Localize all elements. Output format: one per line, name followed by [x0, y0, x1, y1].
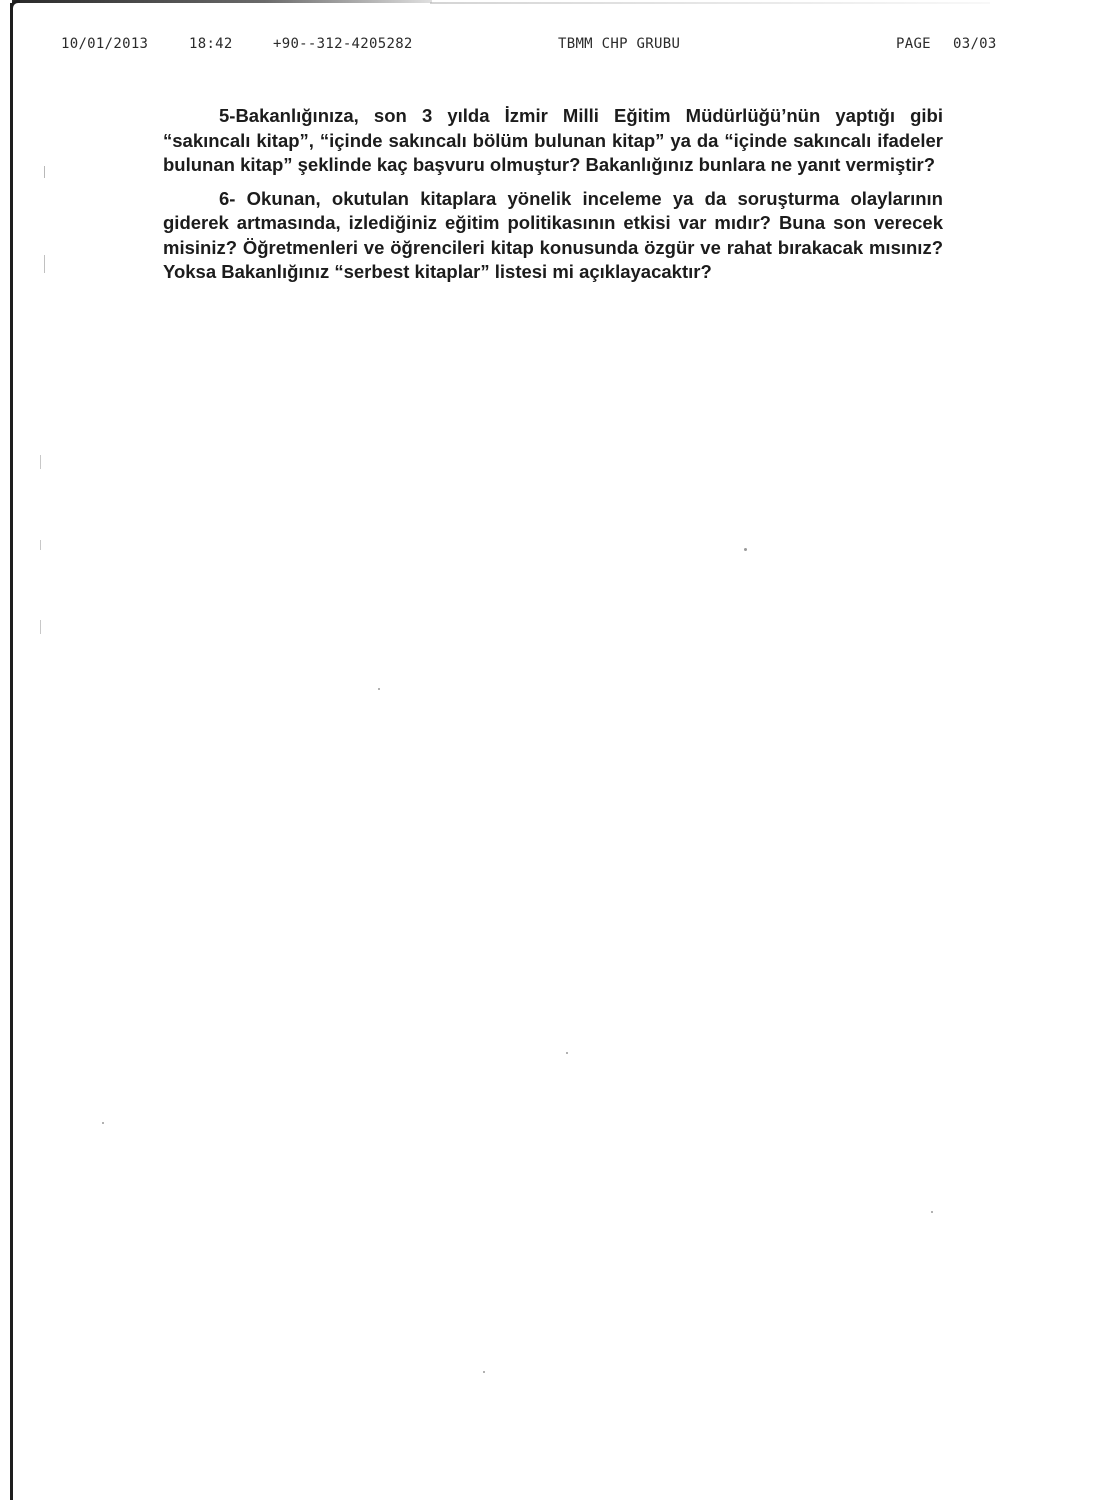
- fax-header: 10/01/2013 18:42 +90--312-4205282 TBMM C…: [0, 36, 1097, 56]
- fax-date: 10/01/2013: [61, 36, 148, 52]
- fax-phone-number: +90--312-4205282: [273, 36, 413, 52]
- scan-speck: [40, 540, 41, 550]
- question-6-paragraph: 6- Okunan, okutulan kitaplara yönelik in…: [163, 187, 943, 285]
- document-body: 5-Bakanlığınıza, son 3 yılda İzmir Milli…: [163, 104, 943, 294]
- scan-top-edge: [12, 0, 432, 3]
- scanned-fax-page: 10/01/2013 18:42 +90--312-4205282 TBMM C…: [0, 0, 1097, 1500]
- scan-left-edge: [10, 3, 13, 1500]
- question-5-paragraph: 5-Bakanlığınıza, son 3 yılda İzmir Milli…: [163, 104, 943, 178]
- scan-speck: [483, 1371, 485, 1373]
- scan-speck: [931, 1211, 933, 1213]
- scan-speck: [378, 688, 380, 690]
- scan-speck: [40, 455, 41, 469]
- scan-speck: [102, 1122, 104, 1124]
- scan-speck: [40, 620, 41, 634]
- fax-sender: TBMM CHP GRUBU: [558, 36, 680, 52]
- scan-speck: [566, 1052, 568, 1054]
- scan-speck: [744, 548, 747, 551]
- scan-top-edge-faded: [430, 2, 990, 4]
- scan-speck: [44, 255, 45, 273]
- scan-speck: [44, 166, 45, 178]
- fax-time: 18:42: [189, 36, 233, 52]
- fax-page-label: PAGE: [896, 36, 931, 52]
- fax-page-number: 03/03: [953, 36, 997, 52]
